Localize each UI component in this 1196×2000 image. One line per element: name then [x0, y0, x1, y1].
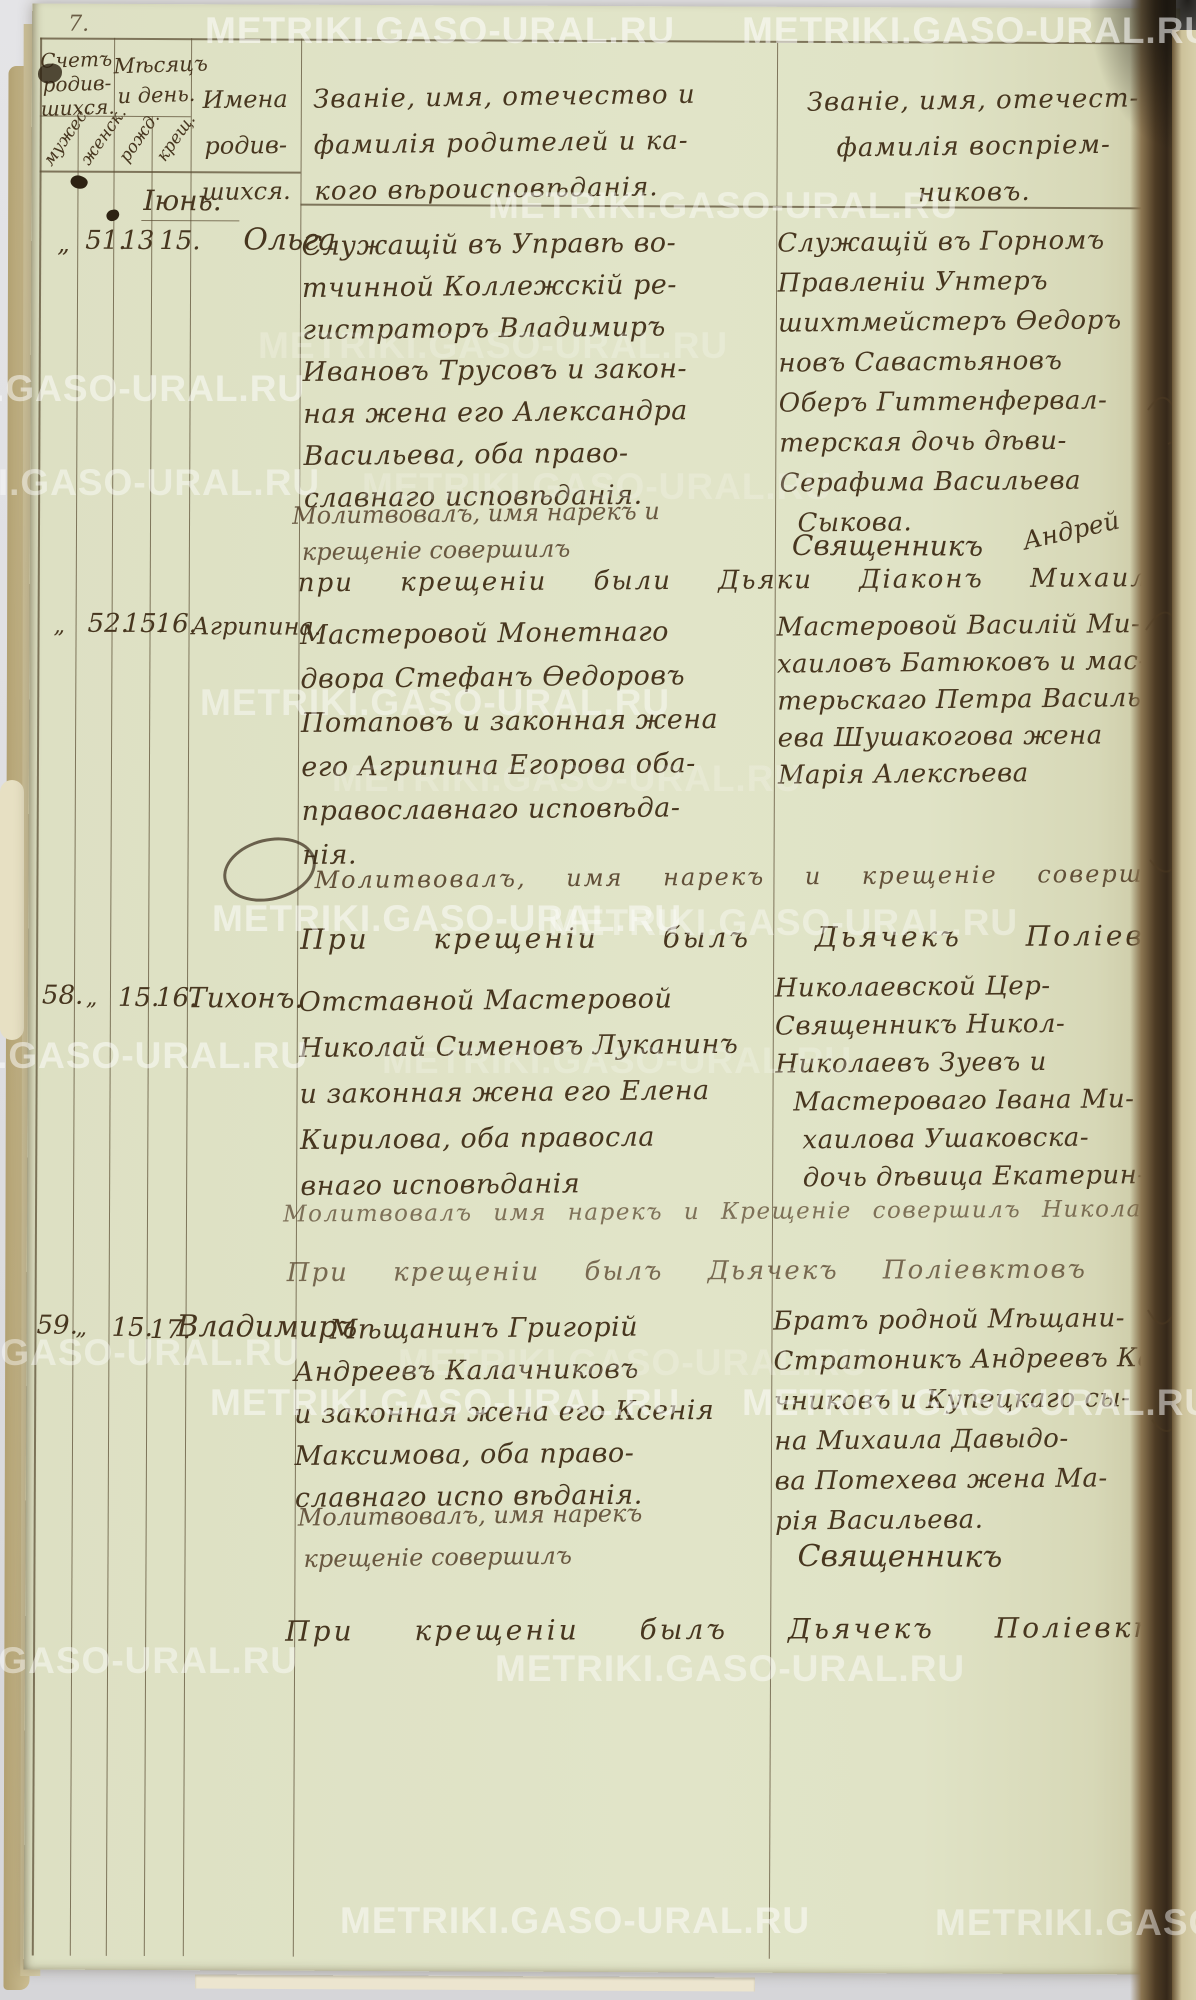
handwritten-line: Николай Сименовъ Луканинъ: [299, 1021, 774, 1072]
handwritten-line: Марія Алексѣева: [778, 754, 1188, 795]
entry-female-count: „: [75, 1316, 87, 1341]
entry-parents-text: Мѣщанинъ ГригорійАндреевъ Калачниковъи з…: [293, 1305, 765, 1520]
entry-note: крещеніе совершилъ: [302, 535, 571, 567]
page-number: 7.: [68, 12, 89, 37]
entry-male-count: 59.: [36, 1311, 77, 1341]
page-stack-edge: [0, 780, 24, 1040]
header-parents-title: Званіе, имя, отечество ифамилія родителе…: [313, 71, 775, 215]
handwritten-line: кого вѣроисповѣданія.: [314, 163, 775, 215]
entry-note: Молитвовалъ, имя нарекъ: [298, 1499, 643, 1532]
handwritten-line: шихтмейстеръ Ѳедоръ: [778, 300, 1188, 344]
entry-note: При крещеніи былъ Дьячекъ Поліевктовъ: [285, 1611, 1196, 1648]
entry-note: Молитвовалъ, имя нарекъ и крещеніе совер…: [314, 859, 1196, 894]
entry-note: При крещеніи былъ Дьячекъ Поліевктовъ.: [300, 919, 1196, 956]
entry-note: при крещеніи были Дьяки Діаконъ Михаилче: [298, 563, 1185, 598]
handwritten-line: Андреевъ Калачниковъ: [294, 1347, 764, 1394]
paper-sliver: [195, 1975, 755, 1992]
entry-note: Молитвовалъ, имя нарекъ и: [292, 497, 660, 530]
handwritten-line: Мастеровой Василій Ми-: [776, 606, 1186, 647]
handwritten-line: новъ Савастьяновъ: [778, 340, 1188, 384]
entry-born-day: 15.: [111, 1313, 152, 1343]
handwritten-line: двора Стефанъ Ѳедоровъ: [300, 653, 770, 702]
entry-female-count: „: [86, 986, 98, 1011]
entry-parents-text: Отставной МастеровойНиколай Сименовъ Лук…: [298, 975, 775, 1210]
month-label: Іюнь.: [143, 184, 221, 217]
table-line: [106, 38, 115, 1956]
handwritten-line: терьскаго Петра Василь-: [777, 680, 1187, 721]
handwritten-line: хаиловъ Батюковъ и мас-: [777, 643, 1187, 684]
handwritten-line: тчинной Коллежскій ре-: [302, 263, 772, 310]
entry-note: При крещеніи былъ Дьячекъ Поліевктовъ: [287, 1255, 1087, 1288]
priest-signature: Священникъ: [792, 529, 983, 563]
handwritten-line: Потаповъ и законная жена: [301, 697, 771, 746]
handwritten-line: Ивановъ Трусовъ и закон-: [303, 347, 773, 394]
entry-male-count: 58.: [42, 981, 83, 1011]
handwritten-line: Максимова, оба право-: [294, 1431, 764, 1478]
handwritten-line: Оберъ Гиттенфервал-: [779, 380, 1189, 424]
handwritten-line: Братъ родной Мѣщани-: [773, 1298, 1183, 1342]
ink-blot: [105, 208, 120, 222]
handwritten-line: Служащій въ Горномъ: [777, 220, 1187, 264]
handwritten-line: фамилія родителей и ка-: [313, 117, 774, 169]
entry-child-name: Тихонъ.: [188, 981, 304, 1015]
handwritten-line: и законная жена его Ксенія: [294, 1389, 764, 1436]
handwritten-line: Мѣсяцъ: [113, 49, 198, 82]
table-line: [40, 38, 1150, 45]
entry-male-count: „: [54, 614, 66, 639]
handwritten-line: Стратоникъ Андреевъ Ка-: [773, 1338, 1183, 1382]
handwritten-line: дочь дѣвица Екатерин-: [776, 1156, 1186, 1198]
handwritten-line: Званіе, имя, отечество и: [313, 71, 774, 123]
table-line: [144, 116, 153, 1956]
handwritten-line: Отставной Мастеровой: [298, 975, 773, 1026]
handwritten-line: и законная жена его Елена: [299, 1067, 774, 1118]
entry-parents-text: Мастеровой Монетнагодвора Стефанъ Ѳедоро…: [300, 609, 773, 877]
handwritten-line: никовъ.: [784, 167, 1165, 218]
handwritten-line: Кирилова, оба правосла: [300, 1113, 775, 1164]
handwritten-line: Мѣщанинъ Григорій: [293, 1305, 763, 1352]
handwritten-line: Серафима Васильева: [779, 460, 1189, 504]
handwritten-line: и день.: [114, 79, 199, 112]
handwritten-line: Николаевской Цер-: [775, 966, 1185, 1008]
handwritten-line: Служащій въ Управѣ во-: [301, 221, 771, 268]
handwritten-line: православнаго исповѣда-: [302, 785, 772, 834]
table-line: [70, 116, 79, 1956]
handwritten-line: ева Шушакогова жена: [777, 717, 1187, 758]
scanned-register-page: 7. Счетъродив-шихся. Мѣсяцъи день. Имена…: [0, 0, 1196, 2000]
handwritten-line: терская дочь дѣви-: [779, 420, 1189, 464]
handwritten-line: на Михаила Давыдо-: [774, 1418, 1184, 1462]
handwritten-line: Николаевъ Зуевъ и: [775, 1042, 1185, 1084]
handwritten-line: ная жена его Александра: [303, 389, 773, 436]
handwritten-line: Васильева, оба право-: [303, 431, 773, 478]
entry-godparents-text: Мастеровой Василій Ми-хаиловъ Батюковъ и…: [776, 606, 1188, 795]
handwritten-line: рія Васильева.: [775, 1498, 1185, 1542]
entry-parents-text: Служащій въ Управѣ во-тчинной Коллежскій…: [301, 221, 774, 519]
entry-male-count: „: [57, 230, 70, 258]
entry-born-day: 15.: [118, 983, 159, 1013]
handwritten-line: его Агрипина Егорова оба-: [301, 741, 771, 790]
entry-godparents-text: Николаевской Цер-Священникъ Никол-Никола…: [775, 966, 1187, 1198]
handwritten-line: родив-: [192, 122, 299, 169]
handwritten-line: ва Потехева жена Ма-: [775, 1458, 1185, 1502]
handwritten-line: Священникъ Никол-: [775, 1004, 1185, 1046]
entry-note: Молитвовалъ имя нарекъ и Крещеніе соверш…: [283, 1196, 1196, 1228]
next-page-edge: [1172, 30, 1196, 2000]
handwritten-line: Мастеровой Монетнаго: [300, 609, 770, 658]
entry-note: крещеніе совершилъ: [303, 1542, 572, 1574]
header-month-day-title: Мѣсяцъи день.: [113, 49, 199, 112]
entry-baptized-day: 15.: [159, 226, 200, 256]
handwritten-line: гистраторъ Владимиръ: [302, 305, 772, 352]
handwritten-line: хаилова Ушаковска-: [776, 1118, 1186, 1160]
entry-godparents-text: Братъ родной Мѣщани-Стратоникъ Андреевъ …: [773, 1298, 1185, 1542]
handwritten-line: Правленіи Унтеръ: [778, 260, 1188, 304]
ink-blot: [69, 173, 89, 191]
handwritten-line: Имена: [192, 76, 299, 123]
handwritten-line: Мастероваго Івана Ми-: [776, 1080, 1186, 1122]
priest-signature: Священникъ: [797, 1539, 1002, 1575]
table-line: [32, 38, 42, 1956]
entry-godparents-text: Служащій въ ГорномъПравленіи Унтеръшихтм…: [777, 220, 1190, 544]
register-page: 7. Счетъродив-шихся. Мѣсяцъи день. Имена…: [24, 4, 1181, 1975]
entry-born-day: 13: [121, 226, 154, 256]
handwritten-line: чниковъ и Купецкаго сы-: [774, 1378, 1184, 1422]
